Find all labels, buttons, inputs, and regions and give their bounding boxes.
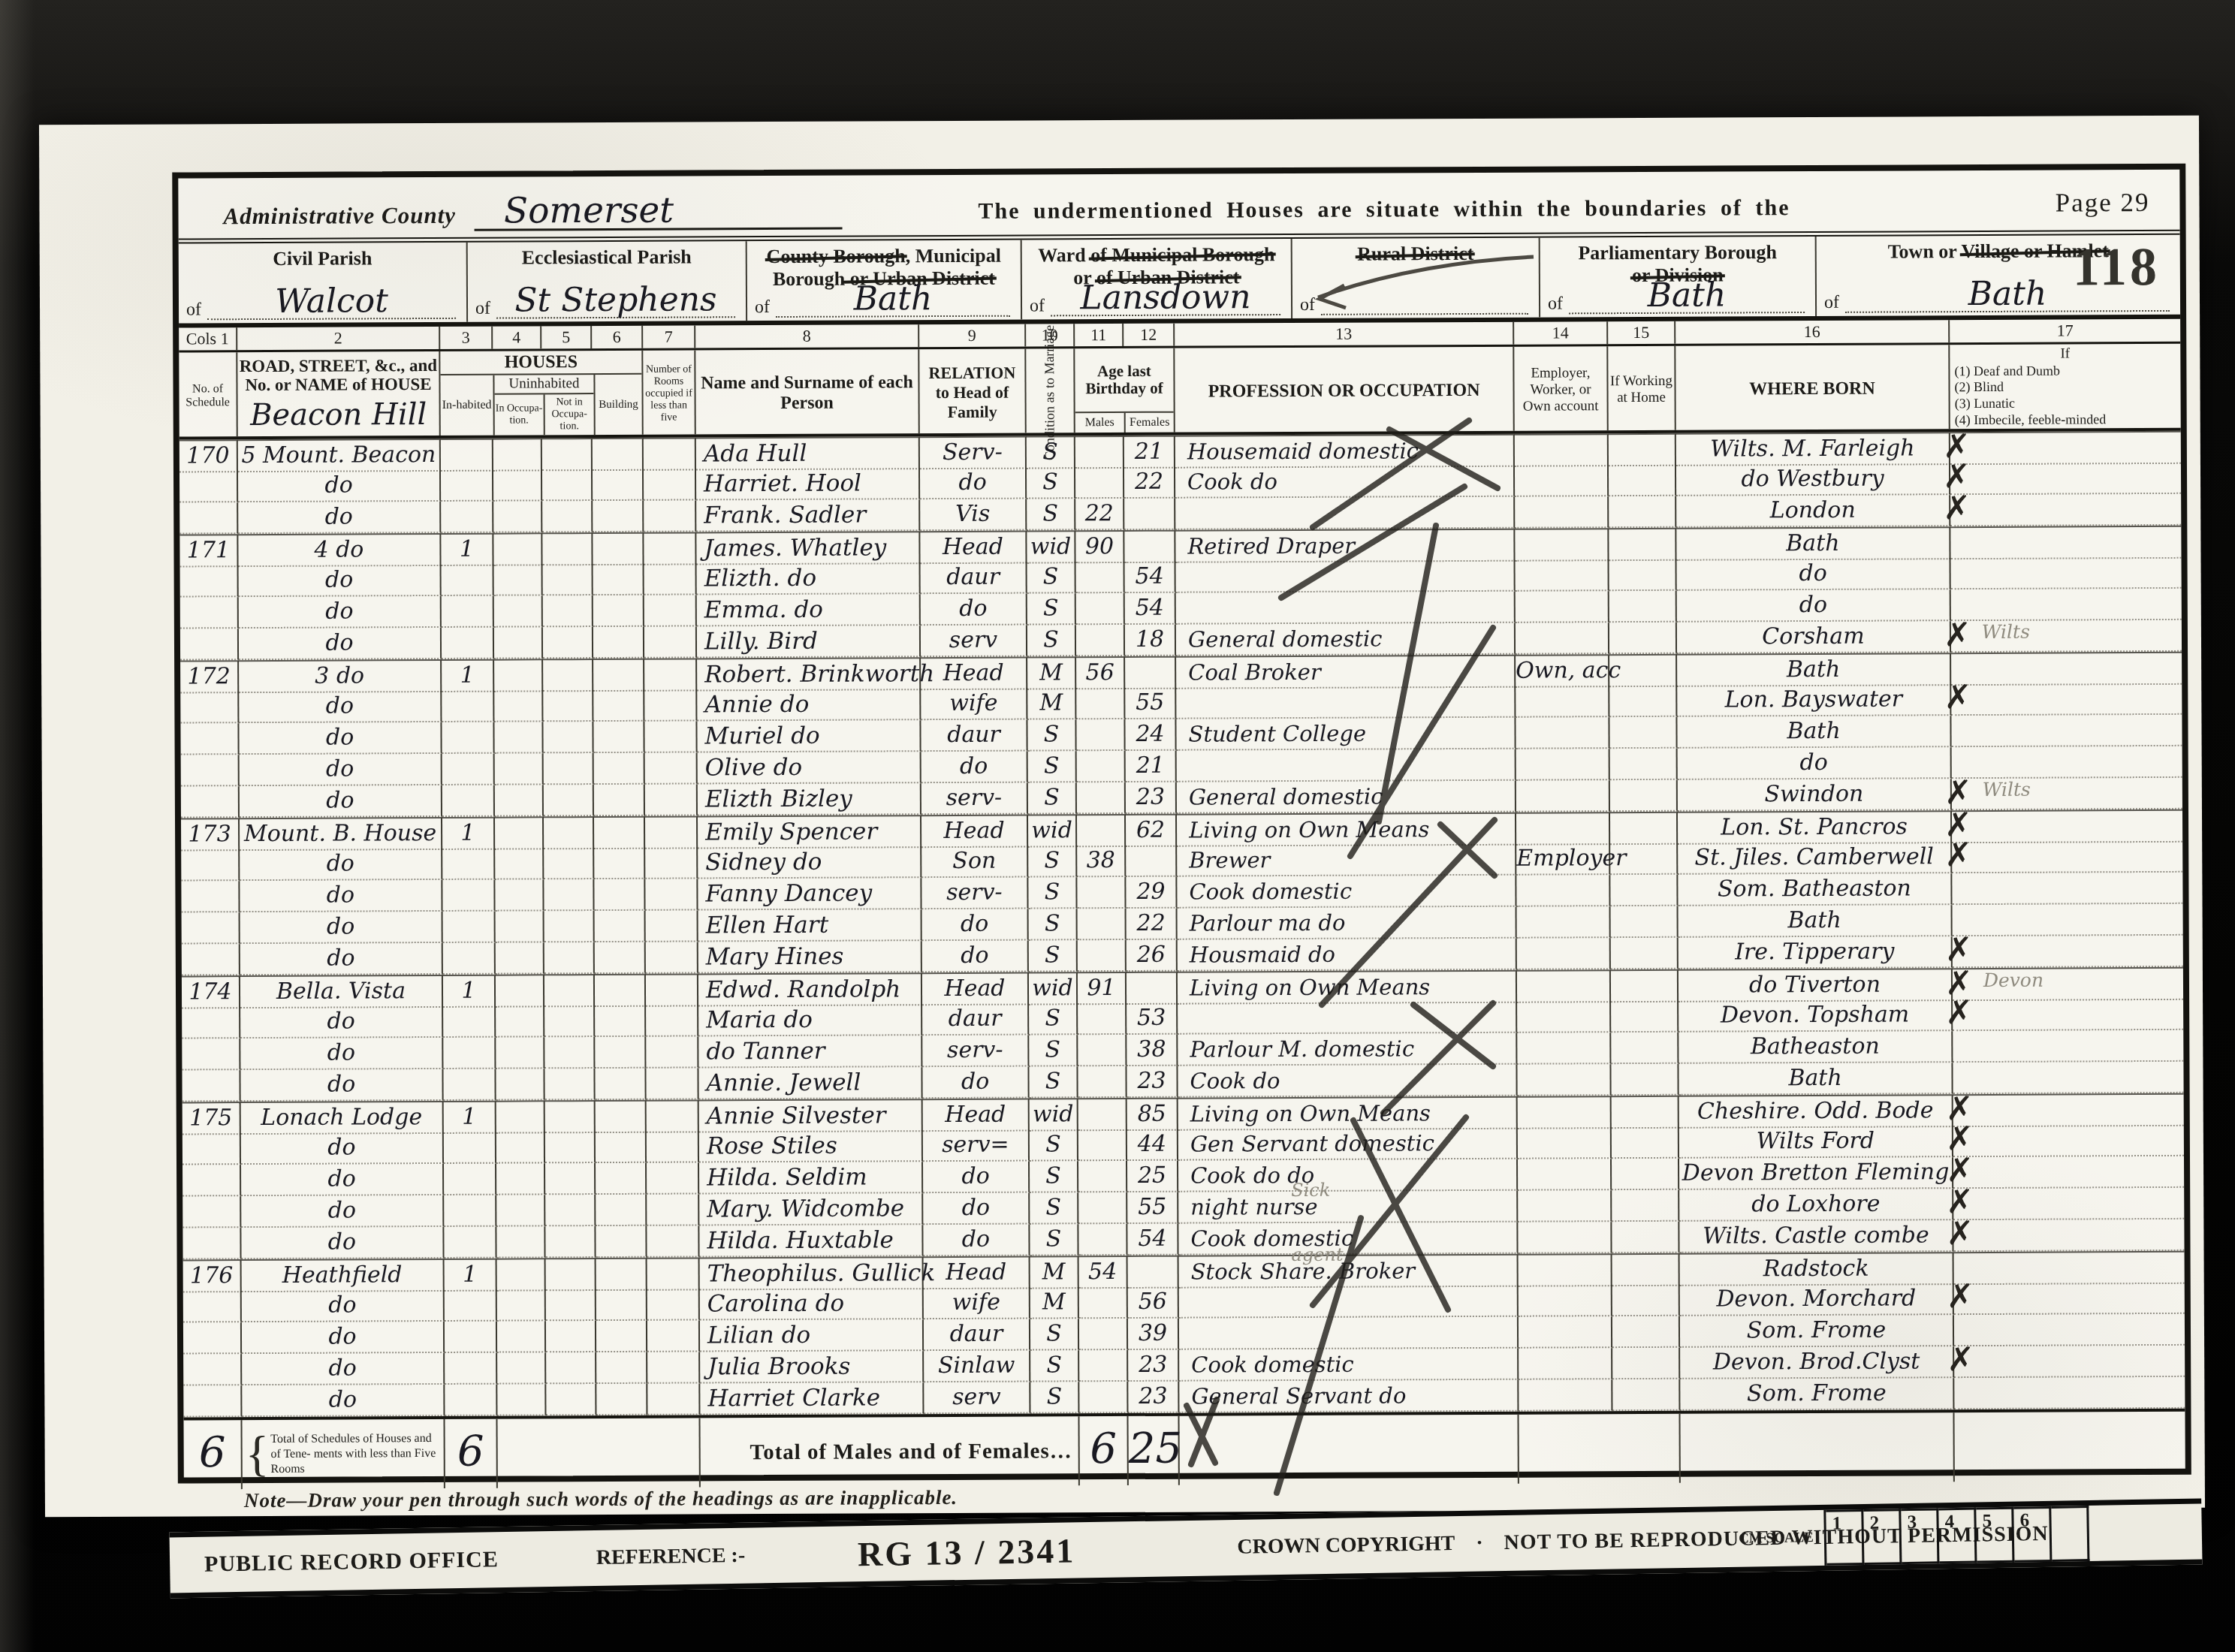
cell-occupation: Parlour M. domestic: [1178, 1033, 1517, 1066]
cell-uninhabited-not-occupation: [546, 1289, 596, 1321]
infirmity-cross-mark: ✗: [1946, 1189, 1974, 1216]
cell-relation: wife: [921, 689, 1027, 721]
cell-text: 54: [1136, 595, 1164, 621]
district-box-5: Parliamentary Boroughor DivisionofBath: [1540, 237, 1817, 318]
cell-text: Carolina do: [700, 1290, 844, 1318]
cell-age-male: 56: [1076, 656, 1125, 689]
cell-uninhabited-in-occupation: [495, 816, 544, 849]
cell-text: 38: [1137, 1036, 1166, 1063]
cell-age-female: 62: [1126, 814, 1177, 847]
cell-condition: wid: [1029, 972, 1078, 1005]
cell-employer: [1519, 1285, 1612, 1317]
cell-text: S: [1047, 1383, 1063, 1409]
cell-uninhabited-not-occupation: [544, 848, 594, 879]
cell-born: Som. Batheaston: [1678, 873, 1952, 906]
cell-address: do: [240, 912, 443, 944]
cell-age-female: [1128, 1256, 1179, 1289]
cell-infirmity: ✗: [1950, 494, 2181, 526]
cell-condition: S: [1029, 1035, 1078, 1066]
cell-schedule: [183, 1322, 242, 1354]
cell-name: Hilda. Seldim: [699, 1162, 923, 1194]
cell-uninhabited-in-occupation: [497, 1384, 546, 1415]
cell-schedule: 170: [179, 439, 238, 472]
label-line: Parliamentary Borough: [1540, 241, 1815, 264]
cell-text: 5 Mount. Beacon: [241, 442, 436, 469]
cell-age-female: 29: [1126, 877, 1177, 909]
cell-relation: do: [923, 1225, 1030, 1257]
cell-text: Maria do: [698, 1006, 813, 1034]
cell-occupation: [1176, 560, 1516, 593]
cell-rooms: [644, 658, 697, 691]
cell-address: do: [241, 1227, 444, 1259]
cell-condition: S: [1030, 1161, 1078, 1192]
cell-employer: [1516, 812, 1610, 846]
cell-text: do: [326, 787, 354, 813]
footnote: Note—Draw your pen through such words of…: [244, 1486, 958, 1512]
cell-uninhabited-not-occupation: [546, 1384, 596, 1415]
cell-working-at-home: [1610, 780, 1678, 812]
cell-condition: S: [1030, 1224, 1078, 1256]
cell-inhabited: 1: [442, 659, 494, 692]
district-of-line: of: [1300, 294, 1528, 315]
cell-age-male: [1077, 877, 1126, 909]
cell-rooms: [647, 1320, 700, 1352]
cell-infirmity: [1952, 873, 2182, 905]
cell-working-at-home: [1612, 1159, 1679, 1190]
cell-text: 54: [1088, 1259, 1117, 1285]
cell-text: Lon. St. Pancros: [1721, 813, 1908, 840]
cell-building: [596, 1132, 647, 1163]
cell-text: General domestic: [1177, 783, 1383, 809]
cell-uninhabited-not-occupation: [545, 1163, 596, 1195]
cm-scale-cell-1: 1: [1826, 1509, 1864, 1566]
street-heading: Beacon Hill: [238, 397, 439, 433]
cell-uninhabited-not-occupation: [542, 532, 593, 565]
cell-rooms: [646, 1036, 698, 1068]
cell-text: S: [1042, 500, 1058, 526]
cell-age-male: 22: [1075, 499, 1124, 530]
district-box-label: Rural District: [1292, 243, 1539, 266]
cell-building: [596, 1163, 647, 1195]
cell-occupation: Stock Share. Brokeragent: [1179, 1254, 1519, 1289]
cell-text: Living on Own Means: [1177, 816, 1429, 843]
cell-uninhabited-in-occupation: [496, 911, 544, 942]
cell-age-female: 39: [1128, 1319, 1179, 1350]
cell-born: Batheaston: [1679, 1031, 1953, 1064]
cell-address: Heathfield: [242, 1259, 445, 1292]
cell-age-male: [1076, 719, 1125, 751]
cell-text: S: [1044, 752, 1060, 779]
cell-text: Bath: [1788, 1065, 1841, 1091]
cell-text: Bath: [1787, 656, 1840, 683]
cell-age-male: [1078, 1224, 1127, 1256]
cell-employer: [1519, 1379, 1612, 1412]
label-line: County Borough, Municipal: [747, 245, 1021, 268]
cell-rooms: [644, 469, 696, 500]
cell-employer: [1518, 1222, 1612, 1254]
cell-text: do: [329, 1386, 357, 1412]
cell-infirmity: ✗: [1953, 936, 2183, 968]
infirmity-line: If: [1954, 345, 2176, 363]
cell-age-male: [1077, 782, 1126, 814]
cell-born: Bath: [1679, 905, 1953, 938]
cell-working-at-home: [1609, 528, 1676, 561]
cell-rooms: [645, 752, 698, 784]
cell-address: do: [238, 502, 441, 534]
label-segment: Civil Parish: [273, 247, 372, 270]
cell-age-female: 21: [1124, 436, 1175, 469]
cell-employer: [1518, 1096, 1612, 1129]
cell-working-at-home: [1609, 654, 1677, 687]
cell-relation: Head: [922, 972, 1029, 1006]
cell-text: do: [327, 913, 354, 939]
cell-infirmity: ✗: [1954, 1283, 2185, 1315]
cell-age-female: 85: [1127, 1098, 1178, 1131]
cell-infirmity: ✗: [1954, 1346, 2185, 1378]
cell-employer: Employer: [1516, 843, 1610, 876]
cell-occupation: Brewer: [1177, 844, 1516, 877]
totals-males-females-label: Total of Males and of Females…: [700, 1416, 1079, 1487]
cell-text: Son: [952, 848, 996, 874]
cell-inhabited: [442, 596, 494, 628]
cell-employer: [1515, 496, 1609, 529]
cell-uninhabited-in-occupation: [495, 785, 544, 816]
district-value: [1321, 313, 1528, 315]
admin-county-value: Somerset: [504, 190, 674, 232]
cell-text: Lilian do: [700, 1322, 810, 1349]
cell-uninhabited-in-occupation: [495, 848, 544, 879]
cell-inhabited: 1: [444, 1101, 496, 1134]
header-profession: PROFESSION OR OCCUPATION: [1175, 347, 1514, 433]
district-of-line: ofBath: [755, 282, 1010, 318]
infirmity-line: (3) Lunatic: [1955, 395, 2176, 412]
cell-infirmity: [1952, 746, 2182, 779]
cell-name: Annie do: [697, 689, 921, 721]
totals-houses: 6: [445, 1419, 497, 1488]
cell-name: Annie Silvester: [699, 1099, 923, 1132]
of-label: of: [475, 299, 490, 319]
cell-schedule: [183, 1291, 242, 1322]
cell-schedule: [183, 1354, 242, 1385]
of-label: of: [1300, 295, 1315, 315]
cell-age-female: [1124, 499, 1175, 530]
cell-uninhabited-in-occupation: [495, 879, 544, 911]
cell-building: [596, 1226, 647, 1258]
situate-text: The undermentioned Houses are situate wi…: [978, 195, 1790, 225]
cell-occupation: [1177, 749, 1516, 782]
cell-text: 24: [1136, 721, 1164, 747]
cell-uninhabited-not-occupation: [544, 816, 594, 849]
cell-born: do: [1677, 589, 1951, 623]
cell-text: daur: [947, 722, 1000, 748]
cm-scale-cell-4: 4: [1938, 1508, 1977, 1564]
cell-condition: S: [1029, 940, 1078, 972]
cell-text: Devon. Brod.Clyst: [1713, 1348, 1920, 1375]
cell-text: 22: [1135, 469, 1163, 495]
cell-age-male: [1075, 436, 1124, 469]
cell-uninhabited-not-occupation: [544, 1069, 595, 1100]
cell-text: 23: [1139, 1383, 1167, 1409]
cell-rooms: [644, 437, 696, 470]
cell-infirmity: [1954, 1251, 2185, 1285]
district-box-label: Civil Parish: [179, 247, 466, 271]
cell-infirmity: ✗: [1952, 841, 2182, 873]
reference-value: RG 13 / 2341: [858, 1530, 1076, 1574]
cell-infirmity: ✗Devon: [1953, 967, 2183, 1001]
cell-text: Brewer: [1177, 847, 1270, 873]
cell-text: serv: [949, 627, 998, 653]
cell-schedule: [182, 1228, 241, 1259]
cell-condition: wid: [1027, 530, 1075, 563]
cell-condition: S: [1030, 1192, 1078, 1224]
label-segment: County Borough: [767, 245, 906, 267]
copyright-text: CROWN COPYRIGHT: [1237, 1532, 1455, 1560]
cell-text: Swindon: [1764, 781, 1863, 808]
cell-occupation: Cook domestic: [1179, 1349, 1519, 1382]
cell-text: S: [1042, 469, 1058, 495]
cell-text: S: [1045, 1036, 1060, 1063]
cell-text: do: [324, 472, 352, 498]
of-label: of: [755, 297, 770, 318]
cell-condition: S: [1030, 1382, 1079, 1413]
cell-text: Hilda. Huxtable: [699, 1226, 894, 1254]
cell-text: wid: [1031, 817, 1072, 843]
cell-relation: do: [921, 594, 1027, 626]
cm-scale-cells: 123456: [1823, 1506, 2089, 1566]
label-segment: Town or: [1888, 240, 1962, 262]
cell-text: 56: [1085, 659, 1114, 686]
cell-employer: [1515, 528, 1609, 562]
cell-uninhabited-not-occupation: [544, 1037, 595, 1069]
cell-address: do: [240, 785, 442, 818]
cell-condition: S: [1029, 909, 1078, 940]
cell-building: [593, 690, 644, 722]
cell-relation: Head: [923, 1099, 1030, 1132]
cell-building: [593, 469, 644, 501]
cell-text: S: [1046, 1352, 1062, 1378]
cell-text: Lilly. Bird: [697, 628, 818, 656]
cell-occupation: Housemaid domestic: [1175, 434, 1515, 469]
district-value: Bath: [1569, 279, 1805, 314]
cell-text: Parlour M. domestic: [1178, 1036, 1414, 1062]
cell-infirmity: ✗: [1953, 1219, 2184, 1252]
cell-text: do: [961, 911, 988, 937]
totals-occupation-blank: [1179, 1415, 1519, 1485]
cell-condition: S: [1029, 1066, 1078, 1098]
cell-infirmity: ✗: [1953, 1093, 2184, 1127]
cell-text: Vis: [955, 501, 990, 527]
cell-uninhabited-not-occupation: [542, 501, 593, 532]
district-of-line: ofWalcot: [186, 285, 456, 321]
cell-relation: daur: [921, 562, 1027, 595]
cell-uninhabited-not-occupation: [542, 469, 593, 501]
header-age-group: Age last Birthday of Males Females: [1075, 348, 1175, 433]
cell-born: Devon. Topsham: [1679, 999, 1953, 1032]
cell-text: 26: [1137, 942, 1166, 968]
cell-building: [594, 753, 645, 785]
cell-text: 22: [1085, 500, 1114, 526]
cell-text: 54: [1138, 1225, 1166, 1252]
infirmity-cross-mark: ✗: [1947, 1346, 1974, 1373]
cell-condition: S: [1027, 719, 1076, 751]
cell-inhabited: [442, 880, 495, 912]
cell-rooms: [644, 626, 697, 658]
cell-infirmity: [1950, 526, 2181, 559]
cell-text: General domestic: [1176, 626, 1383, 652]
cell-employer: [1519, 1253, 1612, 1287]
cell-working-at-home: [1610, 749, 1678, 780]
header-employer: Employer, Worker, or Own account: [1514, 346, 1608, 431]
cell-employer: [1517, 1032, 1611, 1065]
column-number-3: 3: [440, 327, 493, 349]
cell-working-at-home: [1609, 559, 1677, 591]
cell-building: [595, 1037, 646, 1069]
cell-relation: do: [922, 941, 1029, 973]
cell-schedule: [180, 565, 239, 597]
totals-males: 6: [1079, 1416, 1128, 1485]
cell-uninhabited-in-occupation: [493, 501, 542, 532]
cell-building: [594, 848, 645, 879]
cell-infirmity: ✗: [1953, 999, 2183, 1031]
cell-age-male: [1079, 1287, 1128, 1319]
cell-text: wid: [1030, 533, 1072, 559]
cell-relation: daur: [922, 1004, 1029, 1036]
cell-schedule: [183, 1385, 242, 1417]
cell-name: Harriet. Hool: [696, 468, 920, 500]
cell-building: [596, 1321, 647, 1352]
cell-working-at-home: [1610, 875, 1678, 906]
cell-born: do Westbury: [1676, 463, 1950, 496]
cell-condition: wid: [1028, 814, 1077, 847]
cell-text: serv: [952, 1384, 1001, 1410]
cell-text: 38: [1087, 847, 1115, 873]
infirmity-cross-mark: ✗: [1943, 463, 1971, 490]
cell-uninhabited-in-occupation: [495, 753, 544, 785]
cell-relation: daur: [924, 1319, 1030, 1352]
cell-age-male: [1076, 562, 1125, 593]
cell-text: Devon Bretton Fleming: [1682, 1159, 1950, 1186]
cell-text: S: [1045, 1005, 1060, 1031]
column-number-9: 9: [919, 324, 1026, 348]
county-band: Administrative County Somerset The under…: [178, 170, 2179, 244]
district-value: Lansdown: [1051, 281, 1280, 316]
cell-text: 21: [1135, 439, 1163, 465]
cell-occupation: Cook domestic: [1178, 1222, 1518, 1256]
cell-age-female: 22: [1124, 467, 1175, 499]
cm-scale: CM SCALE 123456: [1739, 1506, 2090, 1567]
cell-text: do: [327, 882, 354, 908]
cell-employer: [1516, 749, 1610, 781]
column-number-13: 13: [1175, 322, 1514, 346]
cell-uninhabited-not-occupation: [544, 785, 594, 816]
cell-rooms: [647, 1383, 700, 1415]
cell-inhabited: [443, 943, 496, 975]
cell-rooms: [645, 784, 698, 815]
cell-born: Radstock: [1680, 1252, 1954, 1286]
cell-uninhabited-in-occupation: [496, 942, 544, 974]
header-age-males: Males: [1075, 413, 1126, 433]
cell-text: Lon. Bayswater: [1725, 686, 1903, 713]
cell-schedule: [181, 786, 240, 818]
cell-text: do: [1799, 560, 1826, 586]
cell-schedule: [179, 471, 238, 502]
cell-name: Lilian do: [700, 1319, 924, 1352]
cell-rooms: [645, 879, 698, 910]
cell-inhabited: 1: [443, 975, 496, 1008]
cell-occupation: Cook do: [1175, 466, 1515, 499]
cell-infirmity: [1953, 1030, 2183, 1063]
cell-relation: serv=: [923, 1130, 1030, 1162]
cell-working-at-home: [1609, 686, 1677, 717]
cell-infirmity: [1953, 1062, 2183, 1094]
totals-females: 25: [1128, 1416, 1179, 1485]
cell-text: Cheshire. Odd. Bode: [1697, 1097, 1934, 1124]
cell-text: Elizth Bizley: [698, 785, 852, 813]
cell-employer: [1516, 780, 1610, 812]
cell-inhabited: [442, 785, 495, 817]
cell-text: Bath: [1787, 718, 1840, 744]
cell-inhabited: [442, 628, 494, 659]
cell-schedule: [180, 629, 239, 660]
cell-building: [595, 942, 646, 974]
cell-text: do: [1799, 749, 1827, 776]
cell-address: do: [239, 691, 442, 723]
cell-condition: S: [1028, 782, 1077, 814]
cell-inhabited: [442, 849, 495, 880]
cell-uninhabited-in-occupation: [493, 532, 542, 565]
cell-infirmity: ✗Wilts: [1952, 778, 2182, 810]
cell-rooms: [645, 815, 698, 849]
cell-born: Wilts. M. Farleigh: [1676, 432, 1950, 466]
header-working-at-home: If Working at Home: [1608, 346, 1675, 430]
cell-text: Bella. Vista: [276, 978, 406, 1005]
column-number-7: 7: [643, 325, 695, 348]
column-number-6: 6: [592, 326, 643, 348]
cell-condition: S: [1027, 499, 1075, 530]
label-segment: Ward: [1038, 244, 1090, 266]
cell-working-at-home: [1609, 717, 1677, 749]
cell-text: Cook domestic: [1177, 879, 1352, 905]
cell-address: 3 do: [239, 659, 442, 693]
cell-address: do: [242, 1290, 445, 1322]
cell-text: Hilda. Seldim: [699, 1163, 867, 1191]
cell-name: do Tanner: [698, 1036, 922, 1068]
cell-address: do: [242, 1385, 445, 1417]
column-number-11: 11: [1075, 324, 1124, 346]
cell-age-male: [1076, 688, 1125, 719]
cell-inhabited: [441, 470, 493, 502]
cell-born: Corsham: [1677, 621, 1951, 654]
cell-building: [593, 659, 644, 692]
cell-age-female: 18: [1125, 625, 1176, 656]
cell-age-female: 54: [1125, 562, 1176, 593]
cell-condition: S: [1027, 467, 1075, 499]
column-number-1: Cols 1: [179, 327, 237, 350]
cell-text: Ada Hull: [696, 440, 807, 468]
cell-working-at-home: [1611, 938, 1679, 969]
cell-employer: [1517, 969, 1611, 1003]
cell-building: [595, 1069, 646, 1100]
cell-address: do: [242, 1322, 445, 1354]
cell-schedule: [181, 849, 240, 881]
cell-text: 175: [189, 1105, 232, 1131]
district-value-text: Lansdown: [1080, 278, 1250, 317]
cell-relation: Head: [921, 657, 1027, 691]
cell-age-female: 44: [1127, 1129, 1178, 1161]
cell-schedule: [182, 1007, 240, 1039]
district-value-text: St Stephens: [514, 280, 716, 319]
reference-label: REFERENCE :-: [596, 1544, 746, 1570]
